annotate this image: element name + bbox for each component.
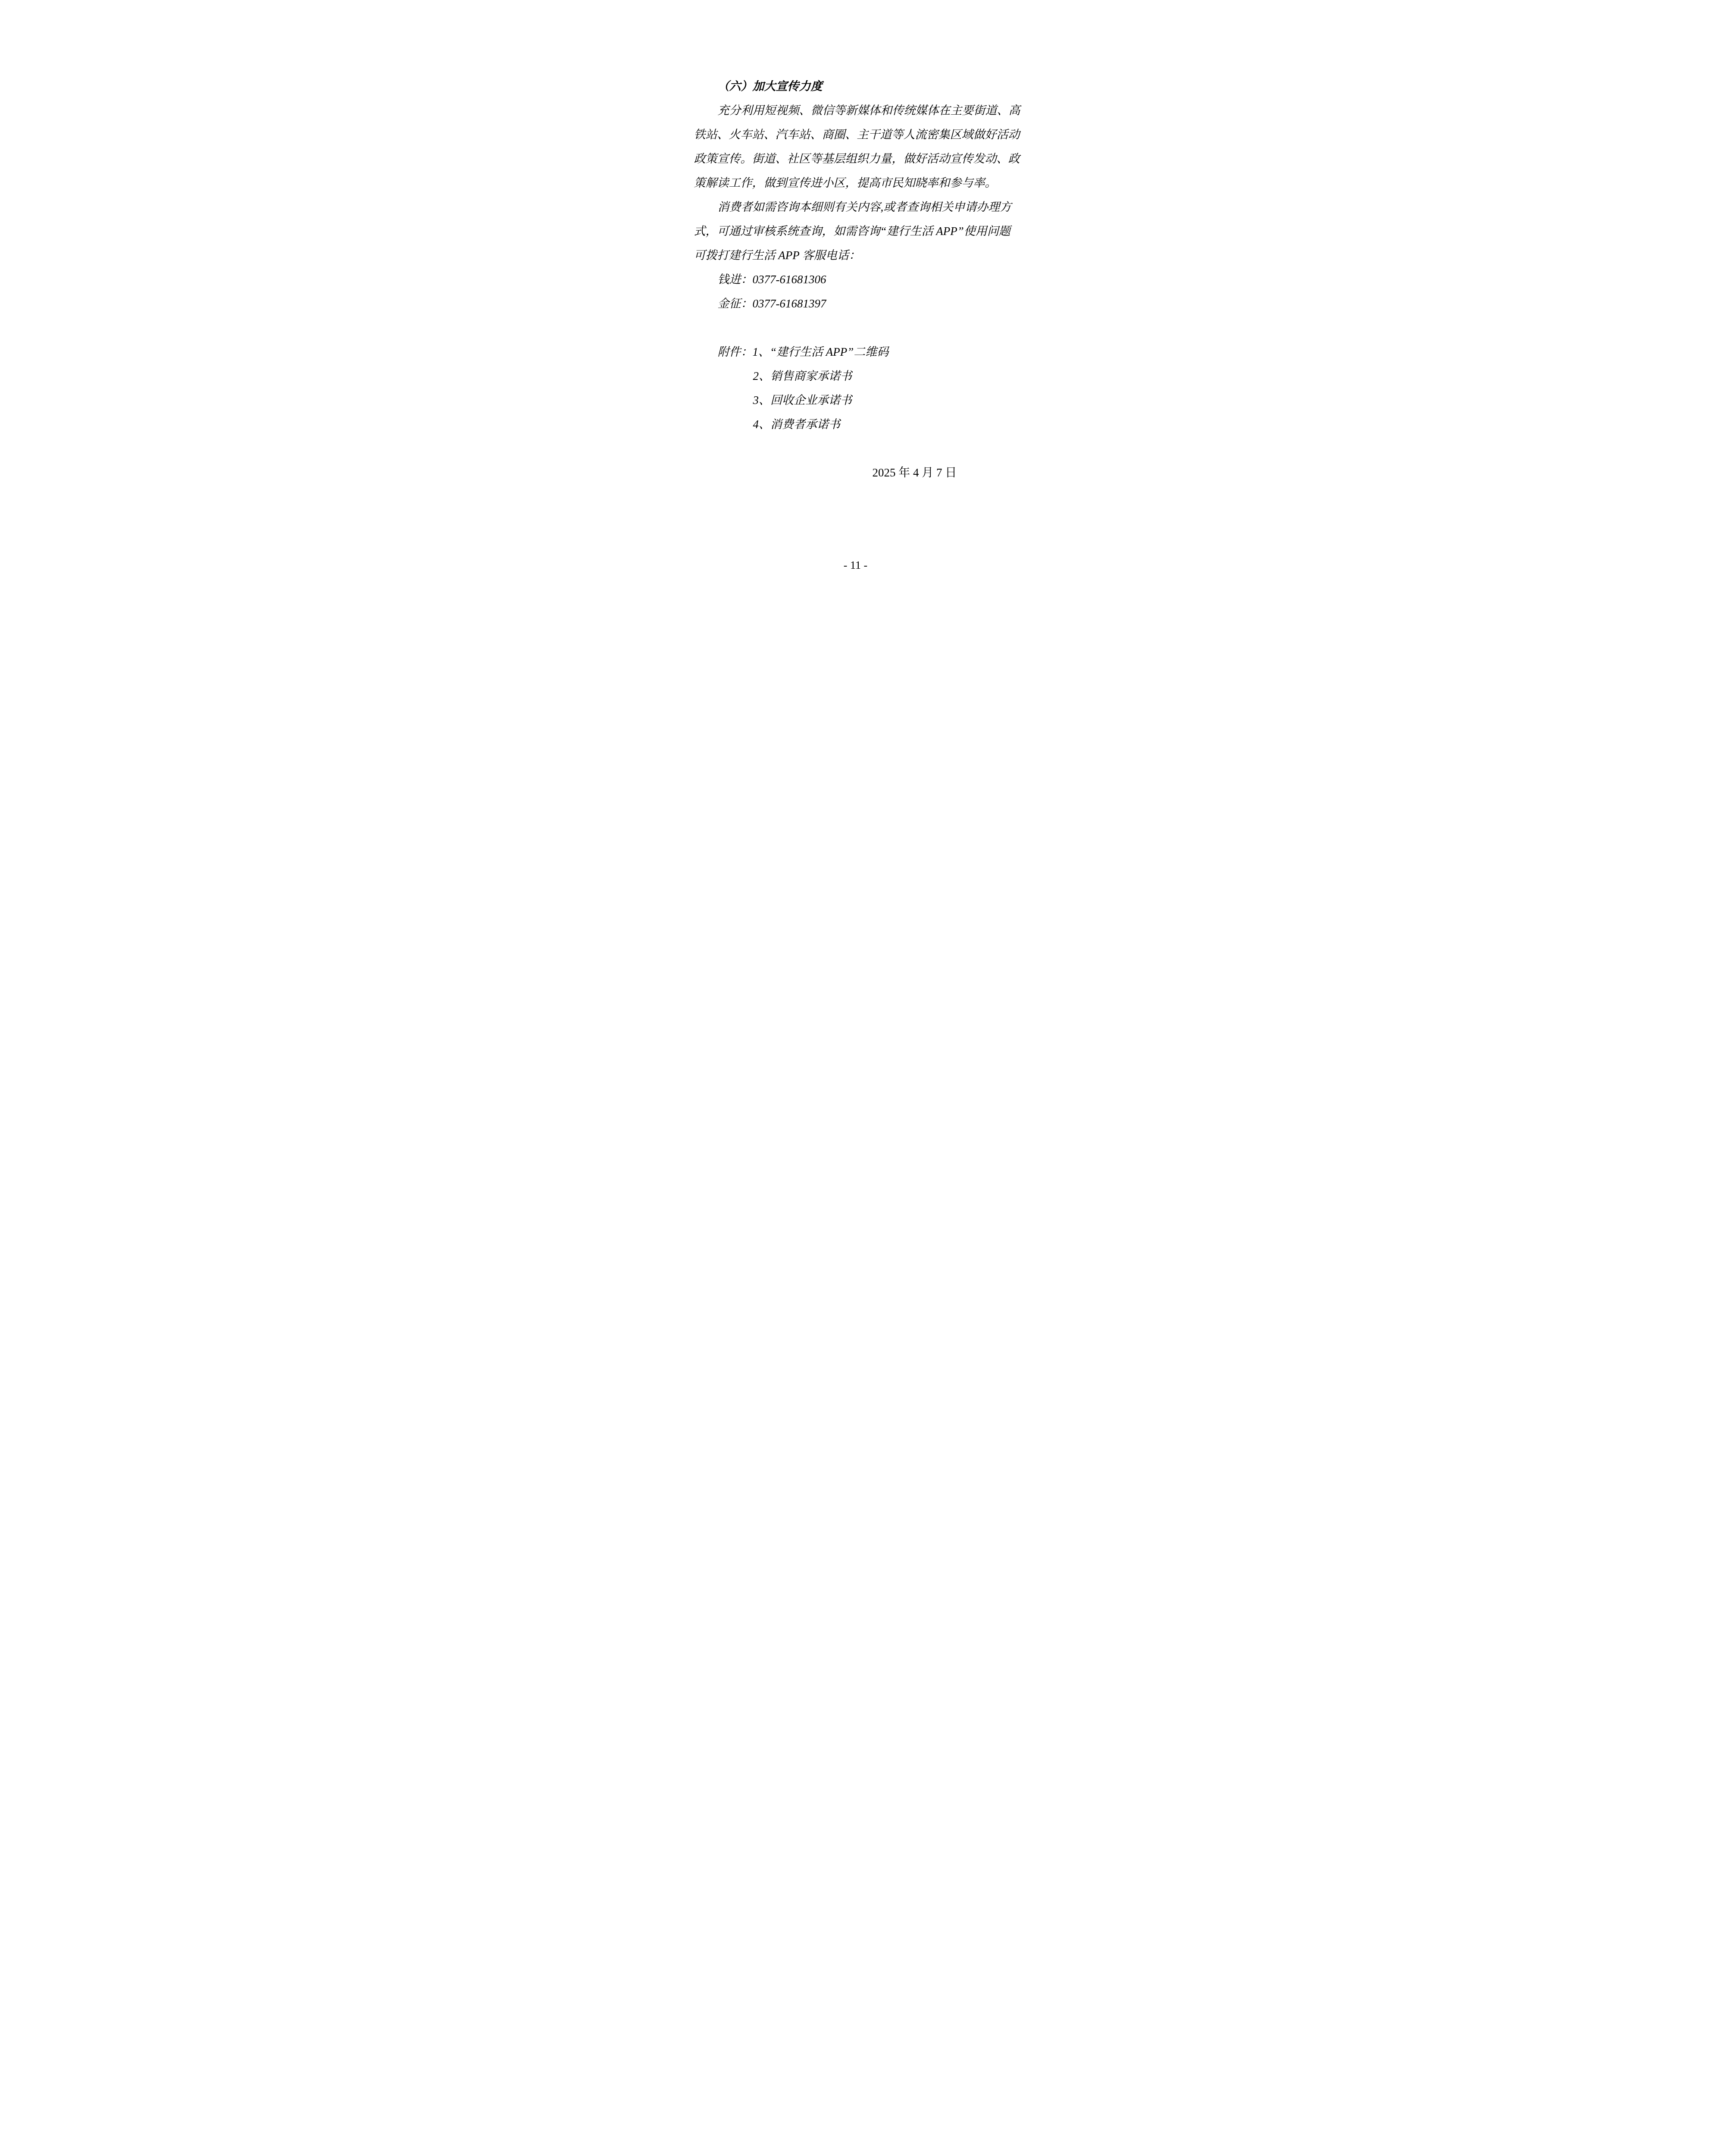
document-page: （六）加大宣传力度 充分利用短视频、微信等新媒体和传统媒体在主要街道、高 铁站、… bbox=[640, 0, 1071, 610]
contact-phone-number: 0377-61681397 bbox=[753, 297, 826, 310]
page-number: - 11 - bbox=[640, 559, 1071, 572]
contact-line-qianjin: 钱进：0377-61681306 bbox=[694, 267, 1017, 291]
date-line: 2025 年 4 月 7 日 bbox=[694, 461, 1017, 485]
paragraph2-line-3: 可拨打建行生活 APP 客服电话： bbox=[694, 243, 1017, 267]
paragraph1-line-2: 铁站、火车站、汽车站、商圈、主干道等人流密集区域做好活动 bbox=[694, 122, 1017, 147]
contact-name-label: 钱进： bbox=[718, 273, 753, 286]
section-heading: （六）加大宣传力度 bbox=[694, 74, 1017, 98]
attachment-item-1: 1、“建行生活 APP”二维码 bbox=[753, 345, 889, 358]
attachment-item-4: 4、消费者承诺书 bbox=[694, 412, 1017, 436]
attachments-label: 附件： bbox=[718, 345, 753, 358]
blank-line bbox=[694, 316, 1017, 340]
paragraph1-line-4: 策解读工作，做到宣传进小区，提高市民知晓率和参与率。 bbox=[694, 171, 1017, 195]
contact-phone-number: 0377-61681306 bbox=[753, 273, 826, 286]
attachment-item-2: 2、销售商家承诺书 bbox=[694, 364, 1017, 388]
contact-line-jinzheng: 金征：0377-61681397 bbox=[694, 291, 1017, 316]
contact-name-label: 金征： bbox=[718, 297, 753, 310]
blank-line bbox=[694, 436, 1017, 461]
attachment-item-3: 3、回收企业承诺书 bbox=[694, 388, 1017, 412]
paragraph1-line-3: 政策宣传。街道、社区等基层组织力量，做好活动宣传发动、政 bbox=[694, 147, 1017, 171]
document-body: （六）加大宣传力度 充分利用短视频、微信等新媒体和传统媒体在主要街道、高 铁站、… bbox=[694, 74, 1017, 485]
paragraph1-line-1: 充分利用短视频、微信等新媒体和传统媒体在主要街道、高 bbox=[694, 98, 1017, 122]
paragraph2-line-2: 式，可通过审核系统查询，如需咨询“建行生活 APP”使用问题 bbox=[694, 219, 1017, 243]
attachments-lead-line: 附件：1、“建行生活 APP”二维码 bbox=[694, 340, 1017, 364]
paragraph2-line-1: 消费者如需咨询本细则有关内容,或者查询相关申请办理方 bbox=[694, 195, 1017, 219]
